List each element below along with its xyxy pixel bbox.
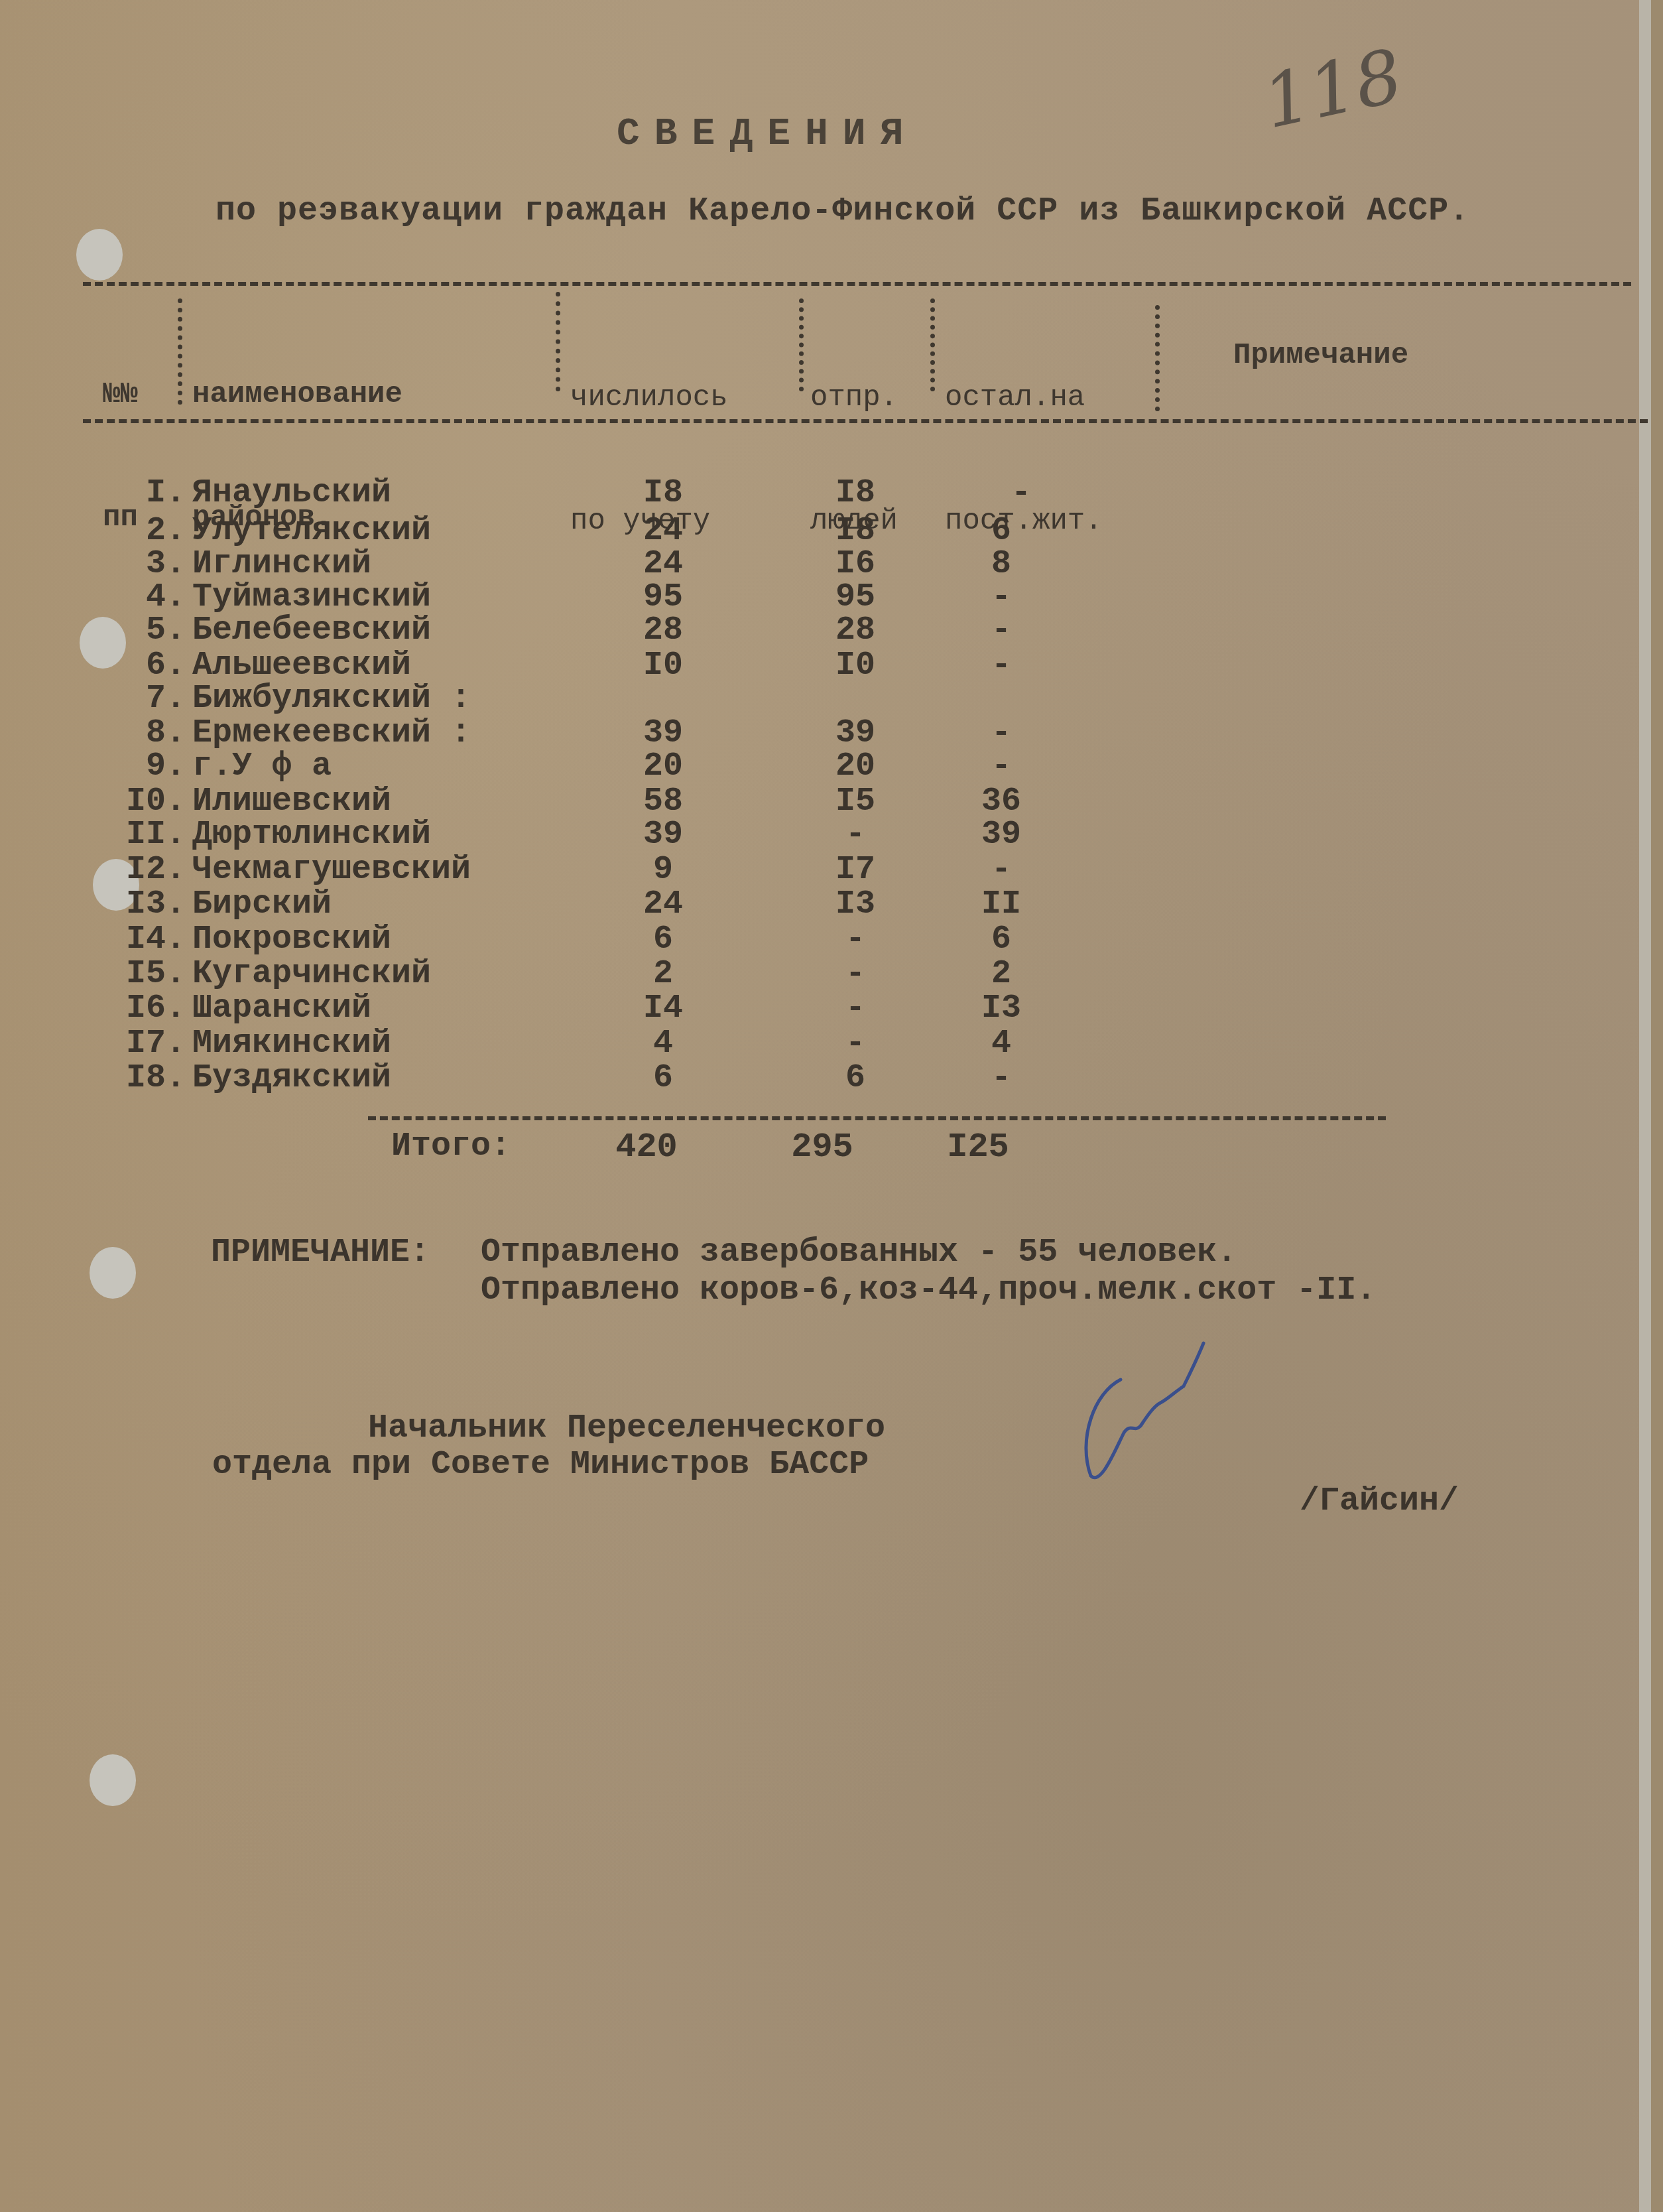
punch-hole — [76, 229, 123, 281]
sent-count: - — [809, 921, 902, 958]
sent-count: - — [809, 990, 902, 1027]
signatory-position-line-2: отдела при Совете Министров БАССР — [212, 1446, 869, 1484]
note-label: ПРИМЕЧАНИЕ: — [211, 1234, 430, 1271]
district-name: Илишевский — [192, 783, 391, 820]
totals-registered: 420 — [600, 1128, 693, 1167]
sent-count: I3 — [809, 885, 902, 923]
remained-count: - — [955, 612, 1048, 649]
sent-count: - — [809, 1025, 902, 1063]
table-row: I. Янаульский I8 I8 - — [0, 474, 1591, 509]
registered-count: 4 — [617, 1025, 709, 1063]
row-number: 5. — [106, 612, 186, 649]
row-number: 4. — [106, 578, 186, 616]
header-sent-line1: отпр. — [810, 377, 898, 419]
district-name: Туймазинский — [192, 578, 431, 616]
sent-count: I8 — [809, 512, 902, 550]
row-number: 3. — [106, 545, 186, 583]
table-row: I7. Миякинский 4 - 4 — [0, 1025, 1591, 1059]
remained-count: 4 — [955, 1025, 1048, 1063]
table-row: 4. Туймазинский 95 95 - — [0, 578, 1591, 613]
registered-count: 28 — [617, 612, 709, 649]
row-number: 6. — [106, 647, 186, 684]
registered-count: I8 — [617, 474, 709, 512]
page-number: 118 — [1256, 33, 1410, 145]
column-separator — [556, 292, 560, 391]
header-bottom-rule — [83, 419, 1648, 423]
row-number: I4. — [106, 921, 186, 958]
table-row: I5. Кугарчинский 2 - 2 — [0, 955, 1591, 990]
district-name: г.У ф а — [192, 748, 332, 785]
registered-count: I4 — [617, 990, 709, 1027]
sent-count: I5 — [809, 783, 902, 820]
column-separator — [799, 298, 804, 391]
note-line-1: Отправлено завербованных - 55 человек. — [481, 1234, 1237, 1271]
district-name: Покровский — [192, 921, 391, 958]
remained-count: 36 — [955, 783, 1048, 820]
registered-count: 2 — [617, 955, 709, 993]
row-number: 2. — [106, 512, 186, 550]
note-line-2: Отправлено коров-6,коз-44,проч.мелк.скот… — [481, 1271, 1376, 1309]
registered-count: 6 — [617, 921, 709, 958]
remained-count: 39 — [955, 816, 1048, 854]
district-name: Улутелякский — [192, 512, 431, 550]
sent-count: I6 — [809, 545, 902, 583]
totals-sent: 295 — [776, 1128, 869, 1167]
district-name: Чекмагушевский — [192, 851, 471, 889]
remained-count: - — [955, 1059, 1048, 1097]
registered-count: 95 — [617, 578, 709, 616]
remained-count: 6 — [955, 512, 1048, 550]
totals-label: Итого: — [391, 1128, 511, 1165]
remained-count: - — [955, 647, 1048, 684]
row-number: I7. — [106, 1025, 186, 1063]
sent-count: 95 — [809, 578, 902, 616]
row-number: 7. — [106, 680, 186, 718]
table-row: 8. Ермекеевский : 39 39 - — [0, 714, 1591, 749]
table-row: I2. Чекмагушевский 9 I7 - — [0, 851, 1591, 885]
totals-remained: I25 — [932, 1128, 1024, 1167]
header-district-line1: наименование — [192, 374, 402, 415]
document-subtitle: по реэвакуации граждан Карело-Финской СС… — [216, 192, 1469, 230]
registered-count: I0 — [617, 647, 709, 684]
remained-count: - — [955, 578, 1048, 616]
sent-count: 28 — [809, 612, 902, 649]
remained-count: I3 — [955, 990, 1048, 1027]
remained-count: - — [955, 851, 1048, 889]
signatory-position-line-1: Начальник Переселенческого — [368, 1409, 885, 1447]
district-name: Бирский — [192, 885, 332, 923]
sent-count: 39 — [809, 714, 902, 752]
sent-count: I8 — [809, 474, 902, 512]
header-top-rule — [83, 282, 1631, 286]
district-name: Бижбулякский : — [192, 680, 471, 718]
district-name: Шаранский — [192, 990, 371, 1027]
registered-count: 9 — [617, 851, 709, 889]
punch-hole — [90, 1754, 136, 1806]
header-remained-line1: остал.на — [945, 377, 1103, 419]
row-number: I2. — [106, 851, 186, 889]
sent-count: I0 — [809, 647, 902, 684]
table-row: I0. Илишевский 58 I5 36 — [0, 783, 1591, 817]
column-separator — [930, 298, 935, 391]
sent-count: I7 — [809, 851, 902, 889]
column-separator — [178, 298, 182, 405]
table-row: 2. Улутелякский 24 I8 6 — [0, 512, 1591, 547]
header-note: Примечание — [1233, 335, 1408, 376]
remained-count: - — [975, 474, 1068, 512]
row-number: I5. — [106, 955, 186, 993]
remained-count: - — [955, 748, 1048, 785]
row-number: II. — [106, 816, 186, 854]
row-number: I0. — [106, 783, 186, 820]
table-row: I6. Шаранский I4 - I3 — [0, 990, 1591, 1024]
table-row: 3. Иглинский 24 I6 8 — [0, 545, 1591, 580]
handwritten-signature — [1068, 1333, 1220, 1486]
district-name: Дюртюлинский — [192, 816, 431, 854]
page-edge — [1639, 0, 1651, 2212]
sent-count: 6 — [809, 1059, 902, 1097]
table-row: 6. Альшеевский I0 I0 - — [0, 647, 1591, 681]
row-number: 9. — [106, 748, 186, 785]
registered-count: 58 — [617, 783, 709, 820]
table-row: 9. г.У ф а 20 20 - — [0, 748, 1591, 782]
document-title: СВЕДЕНИЯ — [617, 113, 918, 156]
district-name: Белебеевский — [192, 612, 431, 649]
row-number: I6. — [106, 990, 186, 1027]
row-number: 8. — [106, 714, 186, 752]
district-name: Альшеевский — [192, 647, 411, 684]
remained-count: II — [955, 885, 1048, 923]
document-page: 118 СВЕДЕНИЯ по реэвакуации граждан Каре… — [0, 0, 1651, 2212]
registered-count: 24 — [617, 885, 709, 923]
district-name: Иглинский — [192, 545, 371, 583]
table-row: I3. Бирский 24 I3 II — [0, 885, 1591, 920]
table-row: II. Дюртюлинский 39 - 39 — [0, 816, 1591, 850]
remained-count: 2 — [955, 955, 1048, 993]
sent-count: 20 — [809, 748, 902, 785]
totals-rule — [368, 1116, 1386, 1120]
row-number: I. — [106, 474, 186, 512]
registered-count: 20 — [617, 748, 709, 785]
district-name: Миякинский — [192, 1025, 391, 1063]
punch-hole — [90, 1247, 136, 1299]
registered-count: 6 — [617, 1059, 709, 1097]
signatory-name: /Гайсин/ — [1300, 1482, 1459, 1520]
table-row: 5. Белебеевский 28 28 - — [0, 612, 1591, 646]
registered-count: 39 — [617, 714, 709, 752]
remained-count: 6 — [955, 921, 1048, 958]
header-num-line1: №№ — [103, 374, 173, 415]
table-row: I4. Покровский 6 - 6 — [0, 921, 1591, 955]
registered-count: 24 — [617, 545, 709, 583]
remained-count: 8 — [955, 545, 1048, 583]
row-number: I3. — [106, 885, 186, 923]
sent-count: - — [809, 816, 902, 854]
column-separator — [1155, 305, 1160, 411]
header-registered-line1: числилось — [570, 377, 728, 419]
district-name: Ермекеевский : — [192, 714, 471, 752]
row-number: I8. — [106, 1059, 186, 1097]
district-name: Буздякский — [192, 1059, 391, 1097]
registered-count: 39 — [617, 816, 709, 854]
sent-count: - — [809, 955, 902, 993]
remained-count: - — [955, 714, 1048, 752]
registered-count: 24 — [617, 512, 709, 550]
table-row: 7. Бижбулякский : — [0, 680, 1591, 714]
district-name: Кугарчинский — [192, 955, 431, 993]
table-row: I8. Буздякский 6 6 - — [0, 1059, 1591, 1094]
district-name: Янаульский — [192, 474, 391, 512]
